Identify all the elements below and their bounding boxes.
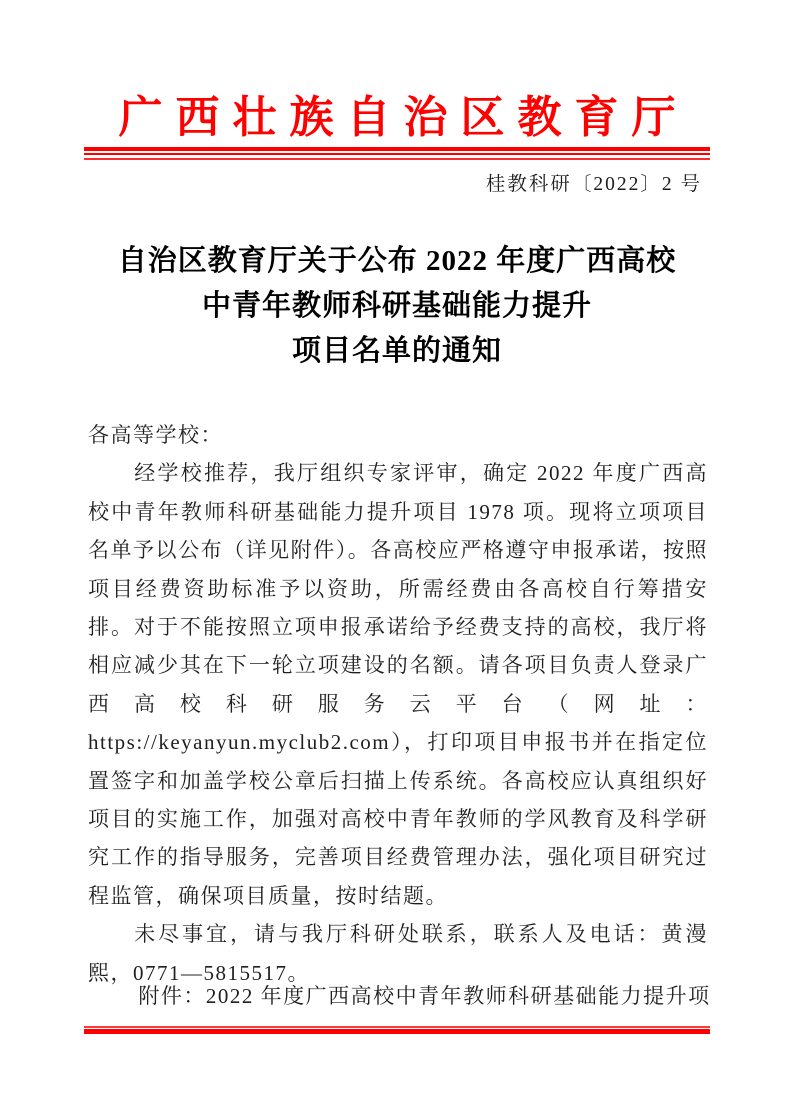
attachment-line: 附件：2022 年度广西高校中青年教师科研基础能力提升项 xyxy=(88,977,708,1015)
header-separator xyxy=(84,147,710,160)
salutation: 各高等学校： xyxy=(88,416,708,454)
separator-rule-thin xyxy=(84,158,710,160)
document-page: 广西壮族自治区教育厅 桂教科研〔2022〕2 号 自治区教育厅关于公布 2022… xyxy=(0,0,794,1108)
notice-title-line-1: 自治区教育厅关于公布 2022 年度广西高校 xyxy=(84,239,710,284)
body-paragraph-1: 经学校推荐，我厅组织专家评审，确定 2022 年度广西高校中青年教师科研基础能力… xyxy=(88,454,708,915)
notice-title-line-2: 中青年教师科研基础能力提升 xyxy=(84,284,710,329)
separator-rule-thick xyxy=(84,1029,710,1034)
notice-title: 自治区教育厅关于公布 2022 年度广西高校 中青年教师科研基础能力提升 项目名… xyxy=(84,239,710,374)
document-number: 桂教科研〔2022〕2 号 xyxy=(486,171,702,199)
notice-body: 各高等学校： 经学校推荐，我厅组织专家评审，确定 2022 年度广西高校中青年教… xyxy=(88,416,708,992)
footer-separator xyxy=(84,1026,710,1034)
notice-title-line-3: 项目名单的通知 xyxy=(84,329,710,374)
agency-masthead: 广西壮族自治区教育厅 xyxy=(84,92,710,144)
